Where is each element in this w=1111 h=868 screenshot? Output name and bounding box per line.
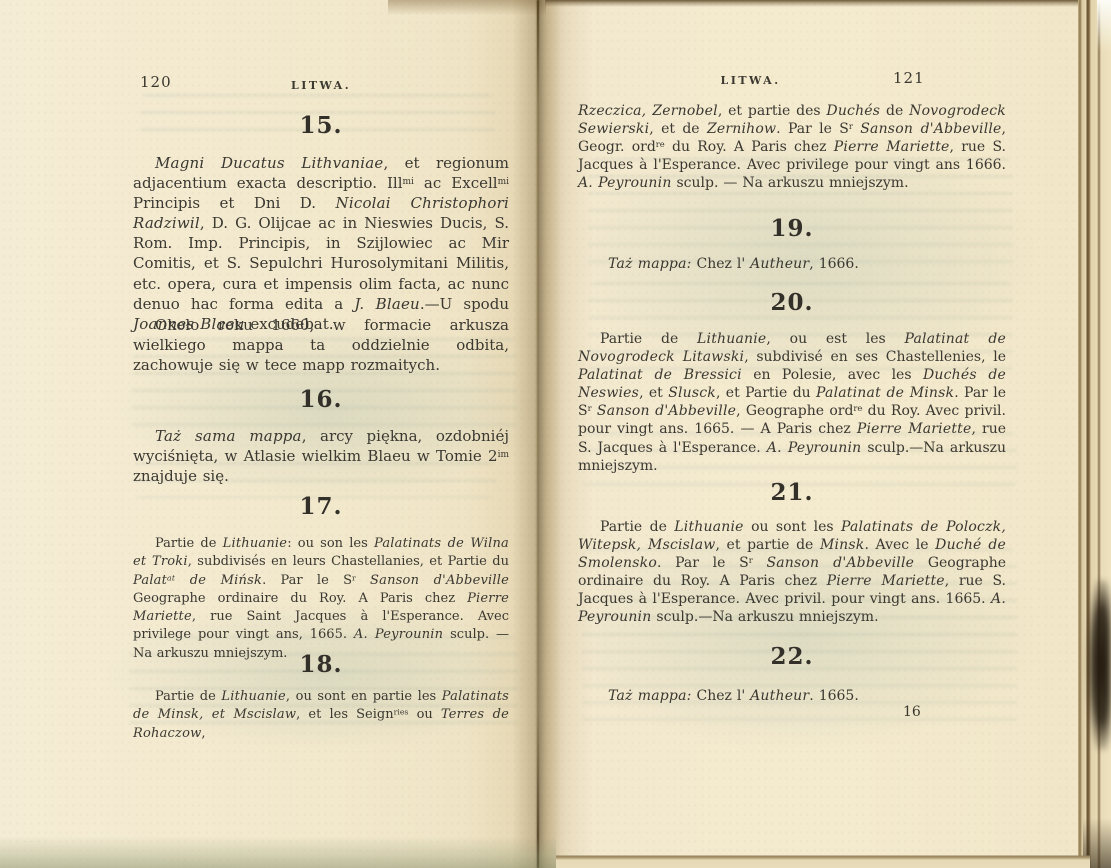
entry-16-paragraph: Taż sama mappa, arcy piękna, ozdobniéj w… [133,426,509,486]
entry-number-18: 18. [133,651,509,678]
entry-number-21: 21. [578,479,1006,506]
fore-edge-dark-curl [1088,580,1111,750]
book-scan: 120 LITWA. 15. Magni Ducatus Lithvaniae,… [0,0,1111,868]
entry-17-paragraph: Partie de Lithuanie: ou son les Palatina… [133,535,509,663]
entry-number-22: 22. [578,643,1006,670]
signature-mark: 16 [903,704,921,720]
entry-15-paragraph-1: Magni Ducatus Lithvaniae, et regionum ad… [133,153,509,334]
entry-22-paragraph: Taż mappa: Chez l' Autheur. 1665. [578,687,1006,705]
scan-corner-highlight [1097,0,1111,52]
page-number-right: 121 [893,69,925,87]
entry-15-paragraph-2: Około roku 1660, w formacie arkusza wiel… [133,315,509,375]
entry-18-continuation-paragraph: Rzeczica, Zernobel, et partie des Duchés… [578,102,1006,192]
entry-21-paragraph: Partie de Lithuanie ou sont les Palatina… [578,518,1006,627]
entry-number-17: 17. [133,493,509,520]
entry-number-20: 20. [578,289,1006,316]
running-header-left: LITWA. [133,79,509,92]
entry-19-paragraph: Taż mappa: Chez l' Autheur, 1666. [578,255,1006,273]
fore-edge-pages [1078,0,1111,868]
left-page-content: 120 LITWA. 15. Magni Ducatus Lithvaniae,… [133,0,509,868]
scan-corner-shadow [1083,818,1111,868]
entry-18-paragraph: Partie de Lithuanie, ou sont en partie l… [133,688,509,743]
running-header-right: LITWA. [578,74,923,87]
right-page-content: LITWA. 121 Rzeczica, Zernobel, et partie… [578,0,1006,868]
entry-number-15: 15. [133,112,509,139]
entry-number-16: 16. [133,386,509,413]
entry-number-19: 19. [578,215,1006,242]
entry-20-paragraph: Partie de Lithuanie, ou est les Palatina… [578,330,1006,475]
